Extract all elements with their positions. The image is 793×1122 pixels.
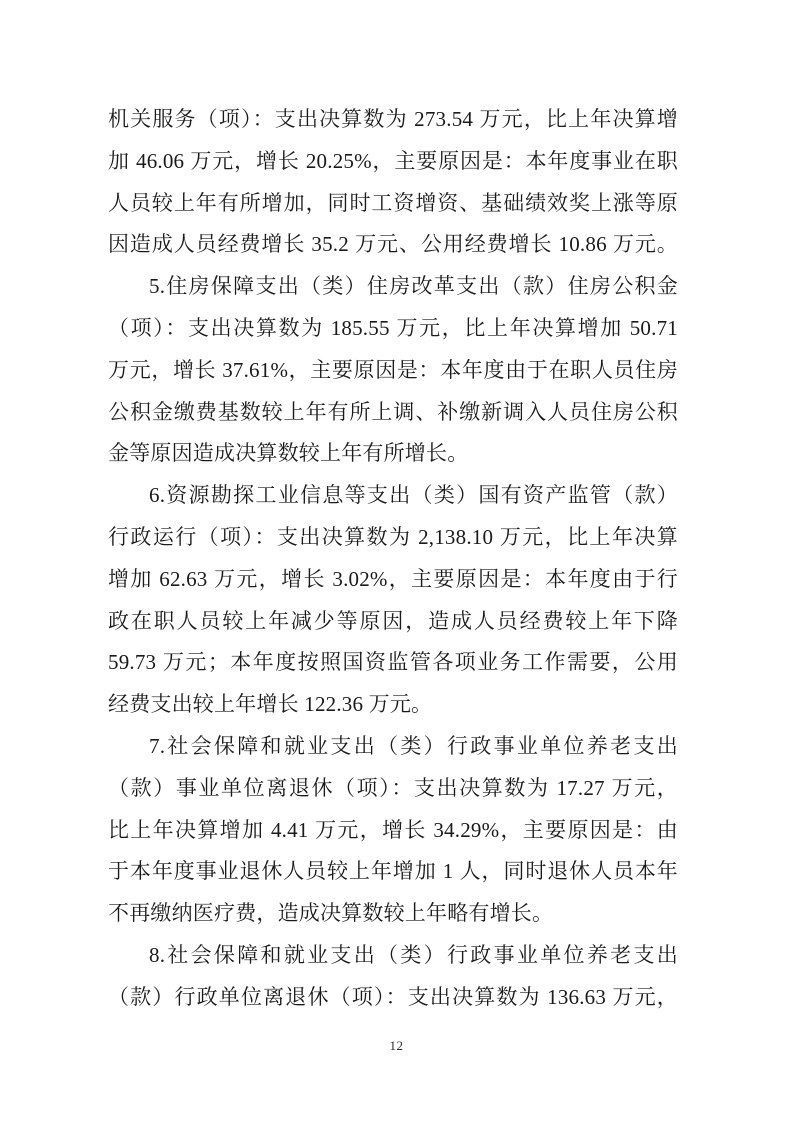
- text-line: 行政运行（项）：支出决算数为 2,138.10 万元，比上年决算: [108, 517, 678, 559]
- paragraph-1: 机关服务（项）：支出决算数为 273.54 万元，比上年决算增加 46.06 万…: [108, 99, 678, 266]
- text-line: 比上年决算增加 4.41 万元，增长 34.29%，主要原因是：由: [108, 810, 678, 852]
- text-line: 于本年度事业退休人员较上年增加 1 人，同时退休人员本年: [108, 851, 678, 893]
- document-body: 机关服务（项）：支出决算数为 273.54 万元，比上年决算增加 46.06 万…: [108, 99, 678, 1019]
- page-number: 12: [0, 1038, 793, 1054]
- text-line: 7.社会保障和就业支出（类）行政事业单位养老支出: [108, 726, 678, 768]
- text-line: 政在职人员较上年减少等原因，造成人员经费较上年下降: [108, 601, 678, 643]
- text-line: 人员较上年有所增加，同时工资增资、基础绩效奖上涨等原: [108, 183, 678, 225]
- text-line: 59.73 万元；本年度按照国资监管各项业务工作需要，公用: [108, 642, 678, 684]
- text-line: 机关服务（项）：支出决算数为 273.54 万元，比上年决算增: [108, 99, 678, 141]
- text-line: 因造成人员经费增长 35.2 万元、公用经费增长 10.86 万元。: [108, 224, 678, 266]
- text-line: （项）：支出决算数为 185.55 万元，比上年决算增加 50.71: [108, 308, 678, 350]
- text-line: 不再缴纳医疗费，造成决算数较上年略有增长。: [108, 893, 678, 935]
- text-line: 金等原因造成决算数较上年有所增长。: [108, 433, 678, 475]
- text-line: 增加 62.63 万元，增长 3.02%，主要原因是：本年度由于行: [108, 559, 678, 601]
- paragraph-3: 6.资源勘探工业信息等支出（类）国有资产监管（款）行政运行（项）：支出决算数为 …: [108, 475, 678, 726]
- text-line: 公积金缴费基数较上年有所上调、补缴新调入人员住房公积: [108, 392, 678, 434]
- document-page: 机关服务（项）：支出决算数为 273.54 万元，比上年决算增加 46.06 万…: [0, 0, 793, 1122]
- text-line: 6.资源勘探工业信息等支出（类）国有资产监管（款）: [108, 475, 678, 517]
- paragraph-2: 5.住房保障支出（类）住房改革支出（款）住房公积金（项）：支出决算数为 185.…: [108, 266, 678, 475]
- text-line: 万元，增长 37.61%，主要原因是：本年度由于在职人员住房: [108, 350, 678, 392]
- text-line: 加 46.06 万元，增长 20.25%，主要原因是：本年度事业在职: [108, 141, 678, 183]
- text-line: 5.住房保障支出（类）住房改革支出（款）住房公积金: [108, 266, 678, 308]
- text-line: （款）行政单位离退休（项）：支出决算数为 136.63 万元，: [108, 977, 678, 1019]
- text-line: （款）事业单位离退休（项）：支出决算数为 17.27 万元，: [108, 768, 678, 810]
- paragraph-5: 8.社会保障和就业支出（类）行政事业单位养老支出（款）行政单位离退休（项）：支出…: [108, 935, 678, 1019]
- text-line: 8.社会保障和就业支出（类）行政事业单位养老支出: [108, 935, 678, 977]
- paragraph-4: 7.社会保障和就业支出（类）行政事业单位养老支出（款）事业单位离退休（项）：支出…: [108, 726, 678, 935]
- text-line: 经费支出较上年增长 122.36 万元。: [108, 684, 678, 726]
